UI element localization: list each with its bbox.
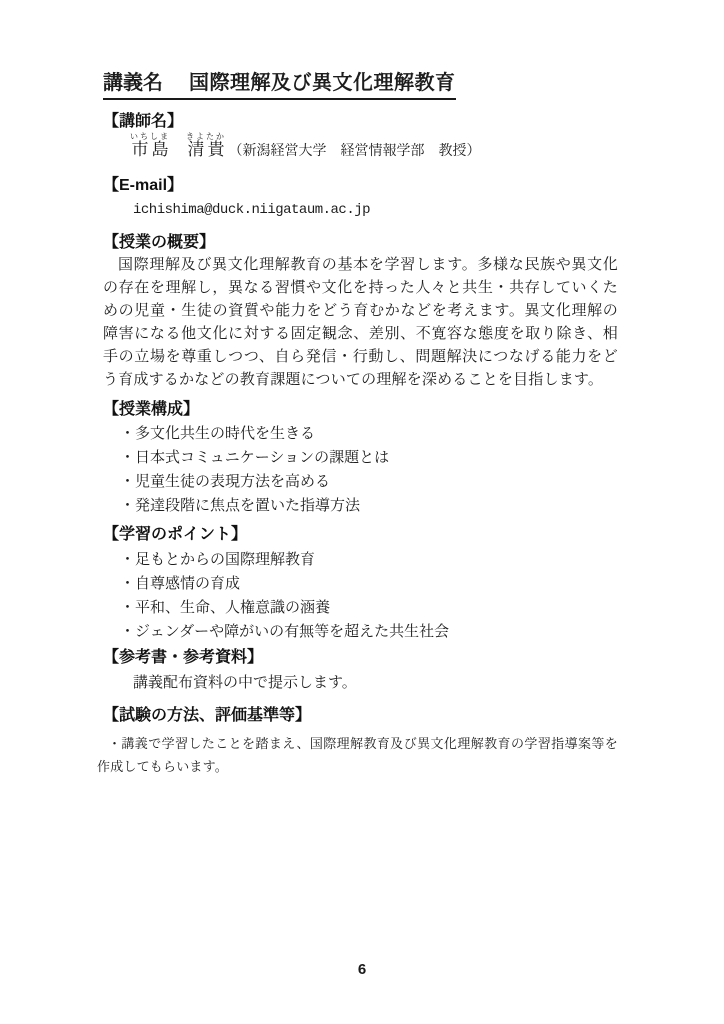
section-heading-structure: 【授業構成】 (103, 400, 618, 420)
page-title: 国際理解及び異文化理解教育 (189, 72, 456, 94)
overview-paragraph: 国際理解及び異文化理解教育の基本を学習します。多様な民族や異文化の存在を理解し，… (103, 254, 618, 392)
section-heading-references: 【参考書・参考資料】 (103, 648, 618, 668)
instructor-affiliation: （新潟経営大学 経営情報学部 教授） (229, 144, 481, 159)
section-heading-overview: 【授業の概要】 (103, 233, 618, 253)
list-item: ・自尊感情の育成 (103, 572, 618, 596)
instructor-surname-furigana: いちしま (130, 132, 170, 141)
lecture-title-label: 講義名 (103, 72, 163, 94)
course-structure-list: ・多文化共生の時代を生きる ・日本式コミュニケーションの課題とは ・児童生徒の表… (103, 422, 618, 518)
section-heading-exam: 【試験の方法、評価基準等】 (103, 706, 618, 726)
instructor-given-name-text: 清貴 (186, 140, 226, 159)
instructor-surname-text: 市島 (130, 140, 170, 159)
section-heading-points: 【学習のポイント】 (103, 525, 618, 545)
instructor-name-line: 市島いちしま清貴きよたか（新潟経営大学 経営情報学部 教授） (130, 132, 618, 164)
list-item: ・足もとからの国際理解教育 (103, 548, 618, 572)
list-item: ・多文化共生の時代を生きる (103, 422, 618, 446)
instructor-given-name: 清貴きよたか (186, 140, 225, 159)
instructor-given-name-furigana: きよたか (186, 132, 226, 141)
lecture-title-row: 講義名国際理解及び異文化理解教育 (103, 71, 456, 100)
instructor-surname: 市島いちしま (130, 140, 170, 159)
list-item: ・発達段階に焦点を置いた指導方法 (103, 494, 618, 518)
list-item: ・平和、生命、人権意識の涵養 (103, 596, 618, 620)
section-heading-email: 【E-mail】 (103, 176, 618, 196)
list-item: ・児童生徒の表現方法を高める (103, 470, 618, 494)
learning-points-list: ・足もとからの国際理解教育 ・自尊感情の育成 ・平和、生命、人権意識の涵養 ・ジ… (103, 548, 618, 644)
document-page: 講義名国際理解及び異文化理解教育 【講師名】 市島いちしま清貴きよたか（新潟経営… (0, 0, 724, 1024)
email-address: ichishima@duck.niigataum.ac.jp (133, 200, 618, 221)
list-item: ・ジェンダーや障がいの有無等を超えた共生社会 (103, 620, 618, 644)
exam-method-note: ・講義で学習したことを踏まえ、国際理解教育及び異文化理解教育の学習指導案等を作成… (97, 732, 618, 778)
section-heading-instructor: 【講師名】 (103, 112, 618, 132)
references-note: 講義配布資料の中で提示します。 (133, 672, 618, 695)
page-number: 6 (0, 961, 724, 978)
list-item: ・日本式コミュニケーションの課題とは (103, 446, 618, 470)
